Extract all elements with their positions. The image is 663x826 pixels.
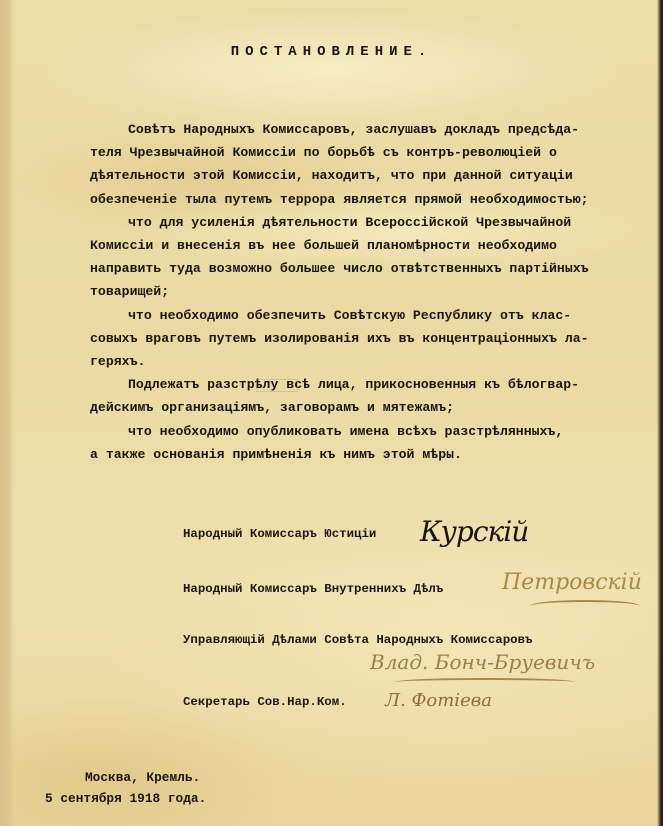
document-title: ПОСТАНОВЛЕНИЕ. — [0, 44, 663, 60]
signature-petrovsky: Петровскій — [502, 570, 642, 595]
text-line: товарищей; — [90, 280, 630, 303]
text-line: Совѣтъ Народныхъ Комиссаровъ, заслушавъ … — [90, 118, 630, 141]
signature-bonch-bruevich: Влад. Бонч-Бруевичъ — [370, 650, 595, 674]
text-line: что для усиленія дѣятельности Всероссійс… — [90, 211, 630, 234]
text-line: совыхъ враговъ путемъ изолированія ихъ в… — [90, 327, 630, 350]
signatory-title-interior: Народный Комиссаръ Внутреннихъ Дѣлъ — [183, 582, 443, 596]
text-line: теля Чрезвычайной Комиссіи по борьбѣ съ … — [90, 141, 630, 164]
text-line: а также основанія примѣненія къ нимъ это… — [90, 443, 630, 466]
text-line: направить туда возможно большее число от… — [90, 257, 630, 280]
signatory-title-secretary: Секретарь Сов.Нар.Ком. — [183, 695, 347, 709]
text-line: обезпеченіе тыла путемъ террора является… — [90, 188, 630, 211]
text-line: геряхъ. — [90, 350, 630, 373]
text-line: дѣятельности этой Комиссіи, находитъ, чт… — [90, 164, 630, 187]
signature-kursky: Курскій — [420, 515, 528, 548]
text-line: что необходимо обезпечить Совѣтскую Респ… — [90, 304, 630, 327]
place: Москва, Кремль. — [45, 767, 206, 788]
signature-flourish — [395, 678, 575, 686]
document-page: ПОСТАНОВЛЕНИЕ. Совѣтъ Народныхъ Комиссар… — [0, 0, 663, 826]
signature-fotieva: Л. Фотіева — [385, 690, 492, 711]
text-line: что необходимо опубликовать имена всѣхъ … — [90, 420, 630, 443]
paper-right-edge — [657, 0, 663, 826]
signatory-title-justice: Народный Комиссаръ Юстиціи — [183, 527, 376, 541]
date: 5 сентября 1918 года. — [45, 788, 206, 809]
text-line: дейскимъ организаціямъ, заговорамъ и мят… — [90, 396, 630, 419]
document-body: Совѣтъ Народныхъ Комиссаровъ, заслушавъ … — [90, 118, 630, 466]
document-footer: Москва, Кремль. 5 сентября 1918 года. — [45, 767, 206, 809]
text-line: Комиссіи и внесенія въ нее большей плано… — [90, 234, 630, 257]
signatory-title-affairs-manager: Управляющій Дѣлами Совѣта Народныхъ Коми… — [183, 633, 532, 647]
faint-stamp — [256, 379, 298, 392]
text-line: Подлежатъ разстрѣлу всѣ лица, прикоснове… — [90, 373, 630, 396]
paper-left-edge — [0, 0, 14, 826]
signature-flourish — [530, 600, 640, 612]
